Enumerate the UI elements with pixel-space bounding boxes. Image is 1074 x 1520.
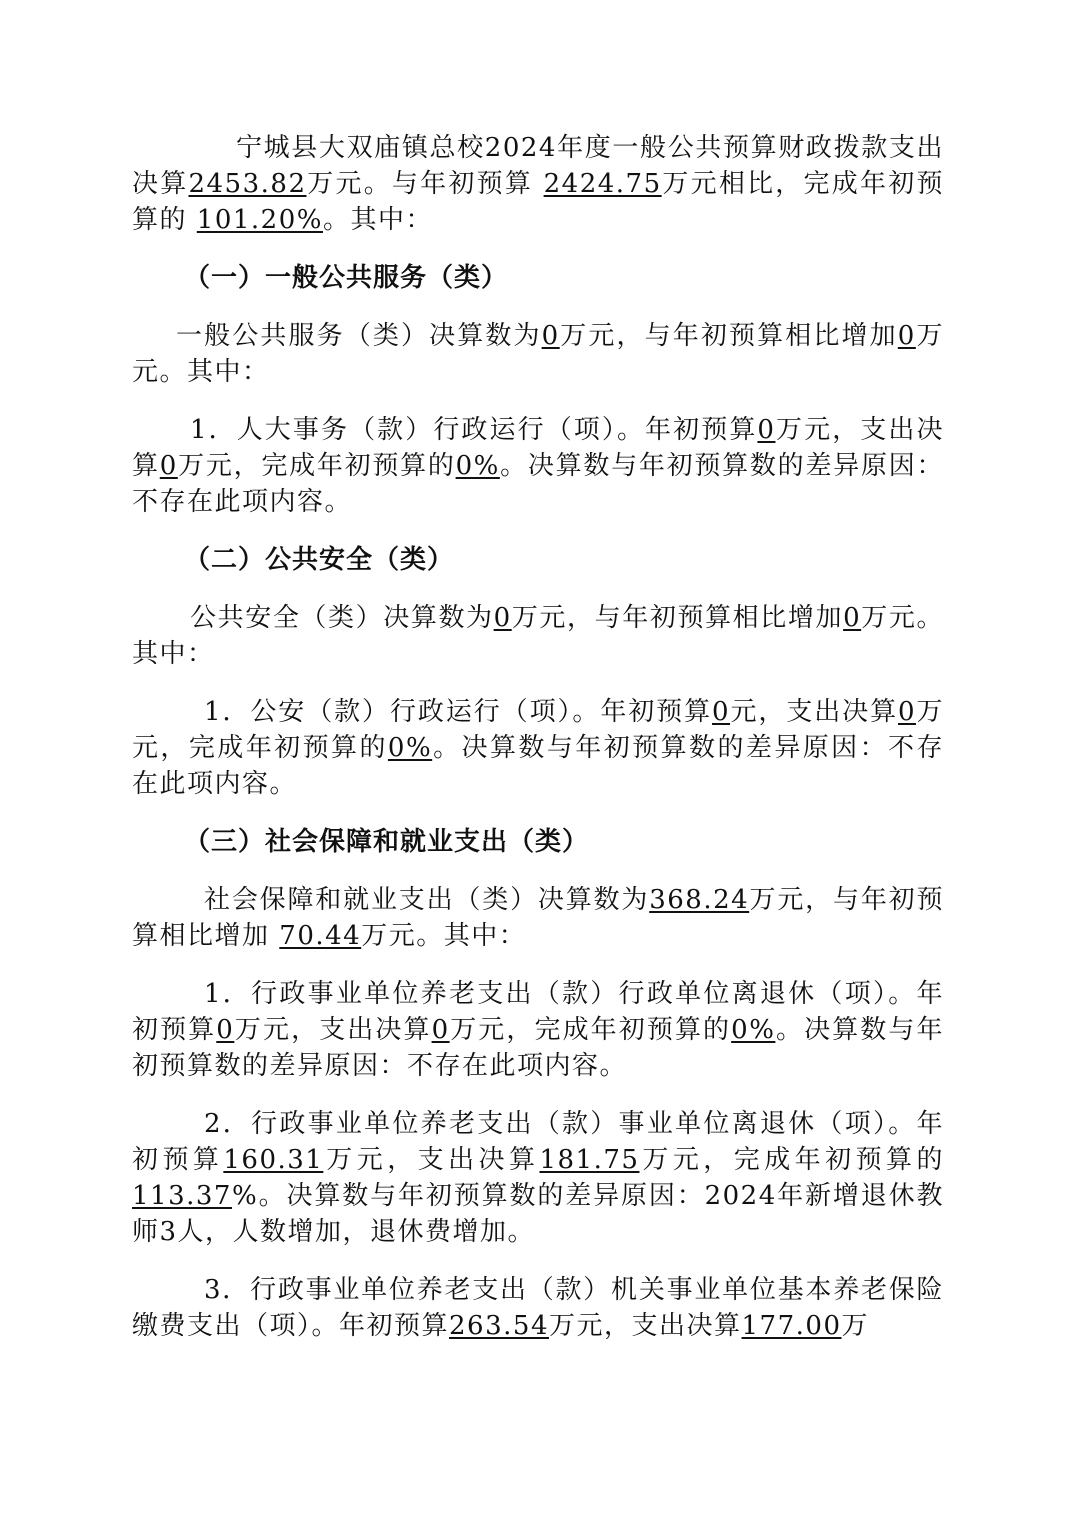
item-actual: 0 <box>160 451 178 481</box>
section-heading: （一）一般公共服务（类） <box>132 260 944 296</box>
item-rate: 113.37 <box>132 1181 232 1211</box>
item-budget: 0 <box>712 697 730 727</box>
section-summary: 社会保障和就业支出（类）决算数为368.24万元，与年初预算相比增加 70.44… <box>132 882 944 954</box>
summary-text: 公共安全（类）决算数为 <box>190 603 494 633</box>
section-summary: 公共安全（类）决算数为0万元，与年初预算相比增加0万元。其中： <box>132 600 944 672</box>
item-budget: 263.54 <box>449 1311 549 1341</box>
item-text: 1．人大事务（款）行政运行（项）。年初预算 <box>190 415 757 445</box>
summary-text: 一般公共服务（类）决算数为 <box>176 321 542 351</box>
item-actual: 0 <box>898 697 916 727</box>
section-summary: 一般公共服务（类）决算数为0万元，与年初预算相比增加0万元。其中： <box>132 318 944 390</box>
item-text: 万 <box>842 1311 870 1341</box>
item-text: %。决算数与年初预算数的差异原因：2024年新增退休教师3人，人数增加，退休费增… <box>132 1181 944 1247</box>
item-paragraph: 1．人大事务（款）行政运行（项）。年初预算0万元，支出决算0万元，完成年初预算的… <box>132 412 944 520</box>
item-text: 万元，支出决算 <box>234 1015 431 1045</box>
summary-text: 万元。其中： <box>361 921 526 951</box>
item-text: 万元，支出决算 <box>549 1311 742 1341</box>
section-actual: 0 <box>494 603 512 633</box>
section-actual: 368.24 <box>649 885 749 915</box>
item-actual: 0 <box>432 1015 450 1045</box>
item-actual: 177.00 <box>742 1311 842 1341</box>
item-rate: 0% <box>456 451 500 481</box>
summary-text: 社会保障和就业支出（类）决算数为 <box>204 885 649 915</box>
section-increase: 0 <box>843 603 861 633</box>
section-heading: （三）社会保障和就业支出（类） <box>132 824 944 860</box>
intro-paragraph: 宁城县大双庙镇总校2024年度一般公共预算财政拨款支出决算2453.82万元。与… <box>132 130 944 238</box>
item-text: 1．公安（款）行政运行（项）。年初预算 <box>204 697 712 727</box>
item-budget: 160.31 <box>223 1145 323 1175</box>
actual-total: 2453.82 <box>188 169 306 199</box>
completion-rate: 101.20% <box>197 205 323 235</box>
section-increase: 0 <box>898 321 916 351</box>
section-actual: 0 <box>542 321 560 351</box>
section-heading: （二）公共安全（类） <box>132 542 944 578</box>
item-budget: 0 <box>757 415 775 445</box>
summary-text: 万元，与年初预算相比增加 <box>560 321 898 351</box>
document-page: 宁城县大双庙镇总校2024年度一般公共预算财政拨款支出决算2453.82万元。与… <box>132 130 944 1344</box>
item-actual: 181.75 <box>539 1145 639 1175</box>
section-increase: 70.44 <box>279 921 361 951</box>
item-text: 万元，完成年初预算的 <box>639 1145 944 1175</box>
intro-text: 万元。与年初预算 <box>307 169 534 199</box>
budget-total: 2424.75 <box>544 169 662 199</box>
item-text: 万元，完成年初预算的 <box>450 1015 732 1045</box>
item-text: 元，支出决算 <box>730 697 898 727</box>
item-rate: 0% <box>388 733 432 763</box>
summary-text: 万元，与年初预算相比增加 <box>512 603 843 633</box>
item-paragraph: 3．行政事业单位养老支出（款）机关事业单位基本养老保险缴费支出（项）。年初预算2… <box>132 1272 944 1344</box>
item-text: 万元，支出决算 <box>323 1145 539 1175</box>
item-paragraph: 1．公安（款）行政运行（项）。年初预算0元，支出决算0万元，完成年初预算的0%。… <box>132 694 944 802</box>
intro-text: 。其中： <box>323 205 433 235</box>
item-paragraph: 2．行政事业单位养老支出（款）事业单位离退休（项）。年初预算160.31万元，支… <box>132 1106 944 1250</box>
item-text: 万元，完成年初预算的 <box>178 451 456 481</box>
item-rate: 0% <box>731 1015 775 1045</box>
item-budget: 0 <box>216 1015 234 1045</box>
item-paragraph: 1．行政事业单位养老支出（款）行政单位离退休（项）。年初预算0万元，支出决算0万… <box>132 976 944 1084</box>
